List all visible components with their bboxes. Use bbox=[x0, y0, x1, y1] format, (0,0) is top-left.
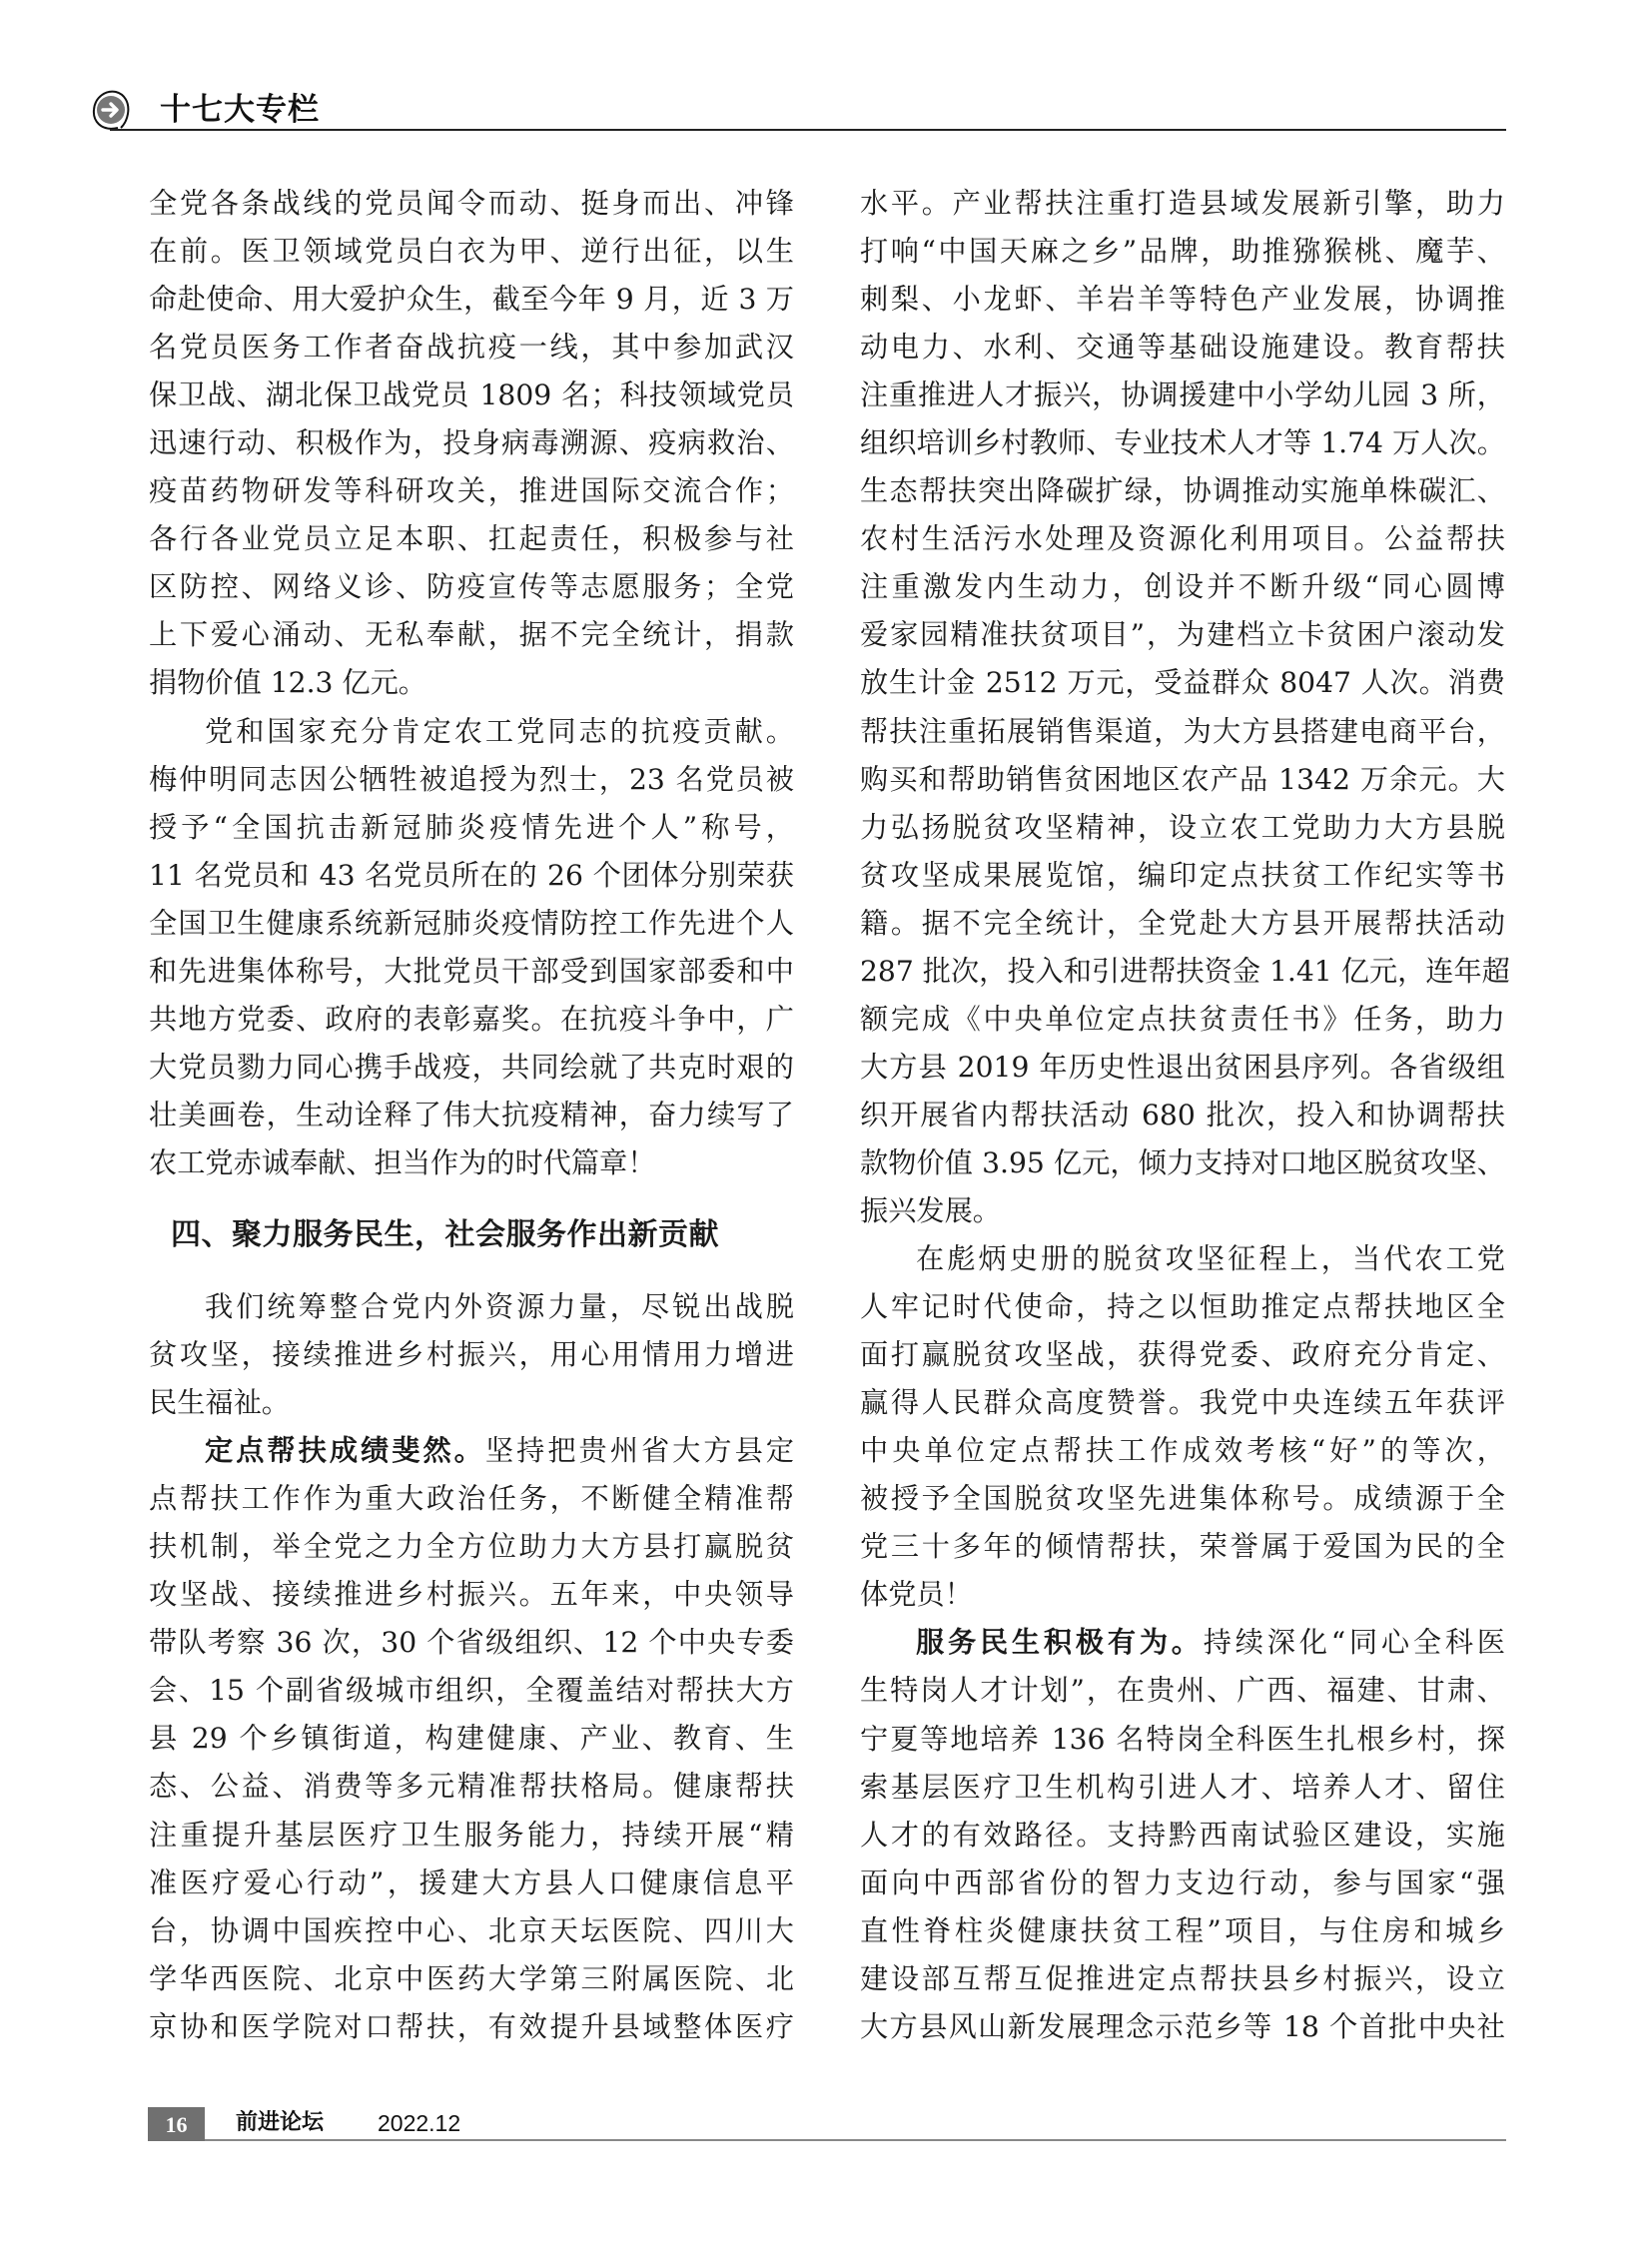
text-line: 组织培训乡村教师、专业技术人才等 1.74 万人次。 bbox=[860, 419, 1505, 467]
text-line: 大党员勠力同心携手战疫，共同绘就了共克时艰的 bbox=[149, 1044, 794, 1092]
text-line: 区防控、网络义诊、防疫宣传等志愿服务；全党 bbox=[149, 563, 794, 611]
text-line: 体党员！ bbox=[860, 1571, 1505, 1619]
text-line: 共地方党委、政府的表彰嘉奖。在抗疫斗争中，广 bbox=[149, 996, 794, 1044]
text-line: 大方县 2019 年历史性退出贫困县序列。各省级组 bbox=[860, 1044, 1505, 1092]
text-line: 动电力、水利、交通等基础设施建设。教育帮扶 bbox=[860, 324, 1505, 372]
paragraph-intro: 我们统筹整合党内外资源力量，尽锐出战脱 贫攻坚，接续推进乡村振兴，用心用情用力增… bbox=[149, 1283, 794, 1427]
text-line: 全国卫生健康系统新冠肺炎疫情防控工作先进个人 bbox=[149, 900, 794, 948]
text-line: 力弘扬脱贫攻坚精神，设立农工党助力大方县脱 bbox=[860, 804, 1505, 852]
text-line: 京协和医学院对口帮扶，有效提升县域整体医疗 bbox=[149, 2003, 794, 2051]
text-line: 生态帮扶突出降碳扩绿，协调推动实施单株碳汇、 bbox=[860, 467, 1505, 515]
text-line: 在彪炳史册的脱贫攻坚征程上，当代农工党 bbox=[860, 1235, 1505, 1283]
text-line: 疫苗药物研发等科研攻关，推进国际交流合作； bbox=[149, 467, 794, 515]
text-line: 态、公益、消费等多元精准帮扶格局。健康帮扶 bbox=[149, 1763, 794, 1811]
text-line: 名党员医务工作者奋战抗疫一线，其中参加武汉 bbox=[149, 324, 794, 372]
text-line: 注重激发内生动力，创设并不断升级“同心圆博 bbox=[860, 563, 1505, 611]
text-line: 人牢记时代使命，持之以恒助推定点帮扶地区全 bbox=[860, 1283, 1505, 1331]
text-line: 额完成《中央单位定点扶贫责任书》任务，助力 bbox=[860, 996, 1505, 1044]
text-line: 11 名党员和 43 名党员所在的 26 个团体分别荣获 bbox=[149, 852, 794, 900]
text-line: 学华西医院、北京中医药大学第三附属医院、北 bbox=[149, 1955, 794, 2003]
section-heading: 四、聚力服务民生，社会服务作出新贡献 bbox=[149, 1187, 794, 1283]
text-line: 放生计金 2512 万元，受益群众 8047 人次。消费 bbox=[860, 659, 1505, 707]
text-line: 全党各条战线的党员闻令而动、挺身而出、冲锋 bbox=[149, 180, 794, 228]
text-line: 面向中西部省份的智力支边行动，参与国家“强 bbox=[860, 1860, 1505, 1907]
text-line: 台，协调中国疾控中心、北京天坛医院、四川大 bbox=[149, 1907, 794, 1955]
lead-phrase: 服务民生积极有为。 bbox=[916, 1626, 1204, 1659]
text-line: 人才的有效路径。支持黔西南试验区建设，实施 bbox=[860, 1812, 1505, 1860]
text-line: 打响“中国天麻之乡”品牌，助推猕猴桃、魔芋、 bbox=[860, 228, 1505, 276]
text-line: 生特岗人才计划”，在贵州、广西、福建、甘肃、 bbox=[860, 1667, 1505, 1715]
text-line: 赢得人民群众高度赞誉。我党中央连续五年获评 bbox=[860, 1379, 1505, 1427]
paragraph-targeted-assistance: 定点帮扶成绩斐然。坚持把贵州省大方县定 点帮扶工作作为重大政治任务，不断健全精准… bbox=[149, 1427, 794, 2051]
text-line: 梅仲明同志因公牺牲被追授为烈士，23 名党员被 bbox=[149, 756, 794, 804]
page-number: 16 bbox=[148, 2107, 205, 2141]
page-header: 十七大专栏 bbox=[88, 86, 1506, 138]
header-divider bbox=[110, 129, 1506, 131]
issue-date: 2022.12 bbox=[378, 2105, 460, 2141]
text-line: 在前。医卫领域党员白衣为甲、逆行出征，以生 bbox=[149, 228, 794, 276]
text-line: 迅速行动、积极作为，投身病毒溯源、疫病救治、 bbox=[149, 419, 794, 467]
text-line: 大方县风山新发展理念示范乡等 18 个首批中央社 bbox=[860, 2003, 1505, 2051]
text-line: 点帮扶工作作为重大政治任务，不断健全精准帮 bbox=[149, 1475, 794, 1523]
text-line: 振兴发展。 bbox=[860, 1187, 1505, 1235]
text-line: 购买和帮助销售贫困地区农产品 1342 万余元。大 bbox=[860, 756, 1505, 804]
text-line: 党三十多年的倾情帮扶，荣誉属于爱国为民的全 bbox=[860, 1523, 1505, 1571]
text-line: 注重推进人才振兴，协调援建中小学幼儿园 3 所， bbox=[860, 372, 1505, 419]
paragraph-poverty-alleviation-honor: 在彪炳史册的脱贫攻坚征程上，当代农工党 人牢记时代使命，持之以恒助推定点帮扶地区… bbox=[860, 1235, 1505, 1619]
text-line: 水平。产业帮扶注重打造县域发展新引擎，助力 bbox=[860, 180, 1505, 228]
page-footer: 16 前进论坛 2022.12 bbox=[148, 2105, 1506, 2143]
paragraph-livelihood-service: 服务民生积极有为。持续深化“同心全科医 生特岗人才计划”，在贵州、广西、福建、甘… bbox=[860, 1619, 1505, 2050]
text-line: 刺梨、小龙虾、羊岩羊等特色产业发展，协调推 bbox=[860, 276, 1505, 324]
text-line: 带队考察 36 次，30 个省级组织、12 个中央专委 bbox=[149, 1619, 794, 1667]
text-line: 命赴使命、用大爱护众生，截至今年 9 月，近 3 万 bbox=[149, 276, 794, 324]
text-line: 攻坚战、接续推进乡村振兴。五年来，中央领导 bbox=[149, 1571, 794, 1619]
text-fragment: 坚持把贵州省大方县定 bbox=[485, 1434, 794, 1467]
text-line: 上下爱心涌动、无私奉献，据不完全统计，捐款 bbox=[149, 611, 794, 659]
section-title: 十七大专栏 bbox=[160, 90, 320, 130]
magazine-name: 前进论坛 bbox=[236, 2105, 324, 2141]
text-line: 贫攻坚成果展览馆，编印定点扶贫工作纪实等书 bbox=[860, 852, 1505, 900]
text-line: 款物价值 3.95 亿元，倾力支持对口地区脱贫攻坚、 bbox=[860, 1139, 1505, 1187]
text-line: 扶机制，举全党之力全方位助力大方县打赢脱贫 bbox=[149, 1523, 794, 1571]
text-line: 党和国家充分肯定农工党同志的抗疫贡献。 bbox=[149, 708, 794, 756]
text-line: 各行各业党员立足本职、扛起责任，积极参与社 bbox=[149, 515, 794, 563]
text-line: 服务民生积极有为。持续深化“同心全科医 bbox=[860, 1619, 1505, 1667]
text-line: 会、15 个副省级城市组织，全覆盖结对帮扶大方 bbox=[149, 1667, 794, 1715]
lead-phrase: 定点帮扶成绩斐然。 bbox=[205, 1434, 485, 1467]
text-line: 籍。据不完全统计，全党赴大方县开展帮扶活动 bbox=[860, 900, 1505, 948]
text-line: 建设部互帮互促推进定点帮扶县乡村振兴，设立 bbox=[860, 1955, 1505, 2003]
text-line: 准医疗爱心行动”，援建大方县人口健康信息平 bbox=[149, 1860, 794, 1907]
text-line: 民生福祉。 bbox=[149, 1379, 794, 1427]
text-line: 授予“全国抗击新冠肺炎疫情先进个人”称号， bbox=[149, 804, 794, 852]
text-line: 我们统筹整合党内外资源力量，尽锐出战脱 bbox=[149, 1283, 794, 1331]
text-line: 贫攻坚，接续推进乡村振兴，用心用情用力增进 bbox=[149, 1331, 794, 1379]
text-line: 被授予全国脱贫攻坚先进集体称号。成绩源于全 bbox=[860, 1475, 1505, 1523]
text-line: 捐物价值 12.3 亿元。 bbox=[149, 659, 794, 707]
right-column: 水平。产业帮扶注重打造县域发展新引擎，助力 打响“中国天麻之乡”品牌，助推猕猴桃… bbox=[860, 180, 1505, 2051]
text-line: 壮美画卷，生动诠释了伟大抗疫精神，奋力续写了 bbox=[149, 1092, 794, 1139]
text-line: 帮扶注重拓展销售渠道，为大方县搭建电商平台， bbox=[860, 708, 1505, 756]
arrow-right-circle-icon bbox=[92, 88, 132, 132]
text-line: 中央单位定点帮扶工作成效考核“好”的等次， bbox=[860, 1427, 1505, 1475]
paragraph-assistance-details: 水平。产业帮扶注重打造县域发展新引擎，助力 打响“中国天麻之乡”品牌，助推猕猴桃… bbox=[860, 180, 1505, 1235]
text-line: 索基层医疗卫生机构引进人才、培养人才、留住 bbox=[860, 1764, 1505, 1812]
text-line: 爱家园精准扶贫项目”，为建档立卡贫困户滚动发 bbox=[860, 611, 1505, 659]
footer-divider bbox=[205, 2139, 1506, 2141]
left-column: 全党各条战线的党员闻令而动、挺身而出、冲锋 在前。医卫领域党员白衣为甲、逆行出征… bbox=[149, 180, 794, 2051]
text-line: 和先进集体称号，大批党员干部受到国家部委和中 bbox=[149, 948, 794, 996]
text-fragment: 持续深化“同心全科医 bbox=[1204, 1626, 1505, 1659]
text-line: 面打赢脱贫攻坚战，获得党委、政府充分肯定、 bbox=[860, 1331, 1505, 1379]
text-line: 织开展省内帮扶活动 680 批次，投入和协调帮扶 bbox=[860, 1092, 1505, 1139]
text-line: 农村生活污水处理及资源化利用项目。公益帮扶 bbox=[860, 515, 1505, 563]
text-line: 保卫战、湖北保卫战党员 1809 名；科技领域党员 bbox=[149, 372, 794, 419]
text-line: 直性脊柱炎健康扶贫工程”项目，与住房和城乡 bbox=[860, 1907, 1505, 1955]
text-line: 农工党赤诚奉献、担当作为的时代篇章！ bbox=[149, 1139, 794, 1187]
text-line: 287 批次，投入和引进帮扶资金 1.41 亿元，连年超 bbox=[860, 948, 1505, 996]
text-line: 县 29 个乡镇街道，构建健康、产业、教育、生 bbox=[149, 1715, 794, 1763]
text-line: 宁夏等地培养 136 名特岗全科医生扎根乡村，探 bbox=[860, 1716, 1505, 1764]
paragraph-recognition: 党和国家充分肯定农工党同志的抗疫贡献。 梅仲明同志因公牺牲被追授为烈士，23 名… bbox=[149, 708, 794, 1187]
text-line: 注重提升基层医疗卫生服务能力，持续开展“精 bbox=[149, 1812, 794, 1860]
text-line: 定点帮扶成绩斐然。坚持把贵州省大方县定 bbox=[149, 1427, 794, 1475]
paragraph-covid-members: 全党各条战线的党员闻令而动、挺身而出、冲锋 在前。医卫领域党员白衣为甲、逆行出征… bbox=[149, 180, 794, 708]
